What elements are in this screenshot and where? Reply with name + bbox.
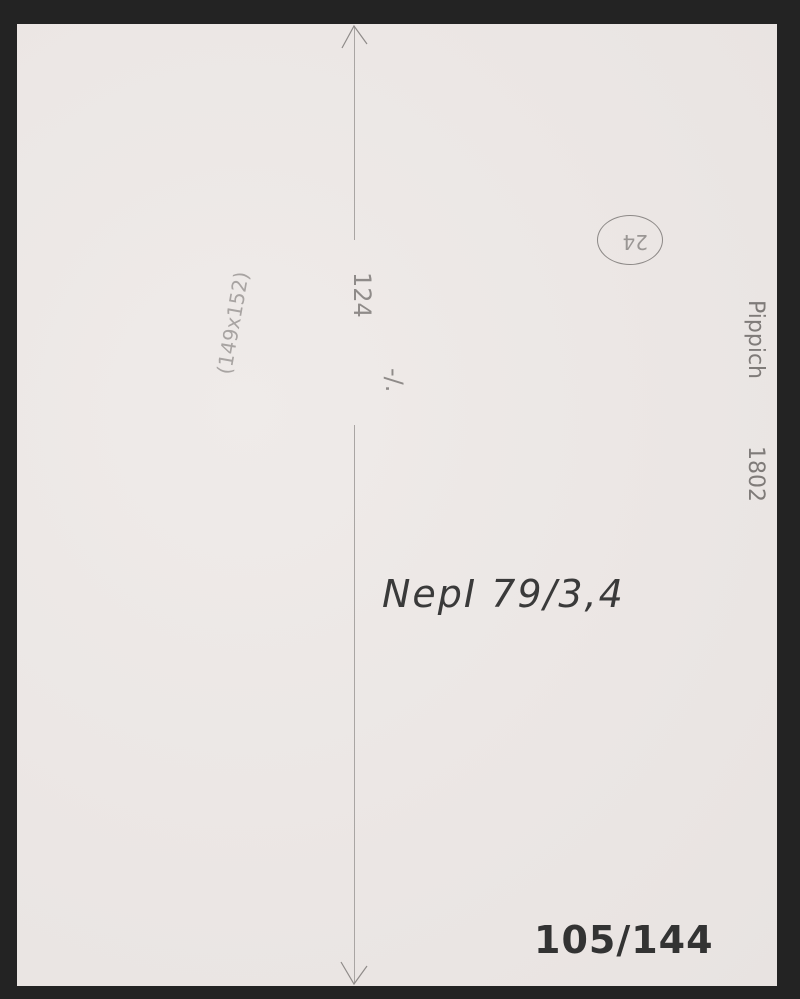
arrow-down-icon <box>340 960 370 986</box>
inventory-number: 105/144 <box>534 918 714 962</box>
measurement-suffix: -/. <box>380 368 408 392</box>
measurement-line-bottom <box>354 425 355 983</box>
arrow-up-icon <box>340 24 370 54</box>
reference-number: NepI 79/3,4 <box>382 572 625 616</box>
paper-card <box>17 24 777 986</box>
year-annotation: 1802 <box>743 446 768 502</box>
measurement-value: 124 <box>348 272 376 318</box>
circled-number: 24 <box>623 230 648 254</box>
photographer-name: Pippich <box>743 300 768 379</box>
measurement-line-top <box>354 26 355 240</box>
